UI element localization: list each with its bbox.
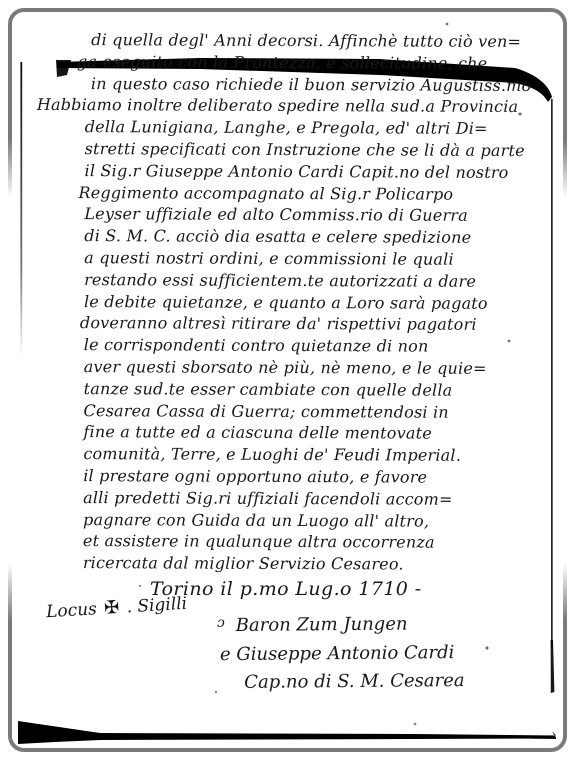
manuscript-line: il Sig.r Giuseppe Antonio Cardi Capit.no… <box>37 160 549 184</box>
signature-line: e Giuseppe Antonio Cardi <box>220 639 465 670</box>
ink-speck <box>486 647 489 650</box>
ink-speck <box>414 723 417 726</box>
signature-block: Baron Zum Jungene Giuseppe Antonio Cardi… <box>236 610 465 697</box>
locus-sigilli-prefix: Locus <box>46 599 98 622</box>
manuscript-line: della Lunigiana, Langhe, e Pregola, ed' … <box>37 116 549 140</box>
manuscript-line: fine a tutte ed a ciascuna delle mentova… <box>35 421 547 445</box>
signature-line: Baron Zum Jungen <box>236 610 465 640</box>
manuscript-body: di quella degl' Anni decorsi. Affinchè t… <box>35 29 549 576</box>
signature-line: Cap.no di S. M. Cesarea <box>244 667 465 697</box>
manuscript-line: in questo caso richiede il buon servizio… <box>37 72 549 96</box>
manuscript-line: il prestare ogni opportuno aiuto, e favo… <box>35 465 547 489</box>
locus-sigilli: Locus ✠ . Sigilli <box>45 593 187 623</box>
page-bottom-edge-shadow <box>18 721 556 744</box>
ink-speck <box>215 691 217 693</box>
manuscript-line: alli predetti Sig.ri uffiziali facendoli… <box>35 487 547 511</box>
manuscript-line: restando essi sufficientem.te autorizzat… <box>36 269 548 293</box>
manuscript-dateline: Torino il p.mo Lug.o 1710 - <box>150 578 422 600</box>
manuscript-line: ricercata dal miglior Servizio Cesareo. <box>35 552 547 576</box>
manuscript-line: aver questi sborsato nè più, nè meno, e … <box>36 356 548 380</box>
page-left-edge-line <box>20 62 22 357</box>
manuscript-line: stretti specificati con Instruzione che … <box>37 138 549 162</box>
manuscript-line: tanze sud.te esser cambiate con quelle d… <box>36 378 548 402</box>
frame-left-fade <box>4 140 18 620</box>
page-right-edge-tail <box>551 640 555 693</box>
manuscript-line: ga eseguito con la Prontezza, e sollecit… <box>37 51 549 75</box>
manuscript-line: et assistere in qualunque altra occorren… <box>35 530 547 554</box>
manuscript-line: di S. M. C. acciò dia esatta e celere sp… <box>36 225 548 249</box>
manuscript-line: comunità, Terre, e Luoghi de' Feudi Impe… <box>35 443 547 467</box>
signature-flourish: ɔ <box>217 615 225 631</box>
manuscript-line: a questi nostri ordini, e commissioni le… <box>36 247 548 271</box>
manuscript-line: Leyser uffiziale ed alto Commiss.rio di … <box>36 203 548 227</box>
ink-speck <box>139 585 141 587</box>
manuscript-line: le debite quietanze, e quanto a Loro sar… <box>36 290 548 314</box>
manuscript-line: Habbiamo inoltre deliberato spedire nell… <box>37 94 549 118</box>
locus-sigilli-suffix: . Sigilli <box>126 594 188 618</box>
page-right-edge-line <box>551 99 553 647</box>
page-bottom-right-hook <box>530 736 556 739</box>
manuscript-line: Reggimento accompagnato al Sig.r Policar… <box>36 181 548 205</box>
manuscript-line: Cesarea Cassa di Guerra; commettendosi i… <box>35 399 547 423</box>
ink-speck <box>446 23 449 26</box>
manuscript-line: doveranno altresì ritirare da' rispettiv… <box>36 312 548 336</box>
cross-icon: ✠ <box>102 597 122 619</box>
scanned-manuscript-page: di quella degl' Anni decorsi. Affinchè t… <box>0 0 575 760</box>
manuscript-line: pagnare con Guida da un Luogo all' altro… <box>35 508 547 532</box>
frame-right-fade <box>557 140 571 620</box>
manuscript-line: le corrispondenti contro quietanze di no… <box>36 334 548 358</box>
manuscript-line: di quella degl' Anni decorsi. Affinchè t… <box>37 29 549 53</box>
